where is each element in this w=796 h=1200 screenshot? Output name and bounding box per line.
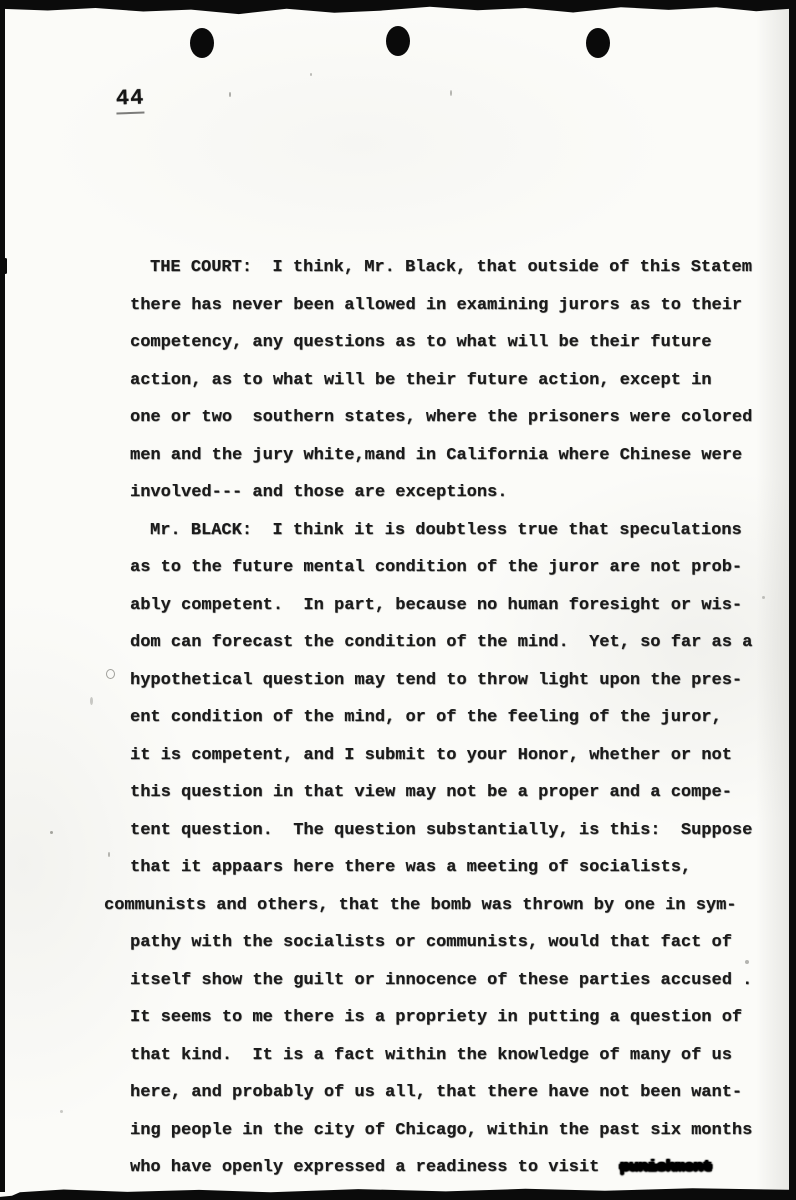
scan-speck <box>108 852 110 857</box>
scanned-transcript-page: 44 THE COURT: I think, Mr. Black, that o… <box>0 0 796 1200</box>
scan-speck <box>450 90 452 96</box>
transcript-line: who have openly expressed a readiness to… <box>130 1149 770 1187</box>
binder-hole-icon <box>386 26 410 56</box>
transcript-line: that kind. It is a fact within the knowl… <box>130 1037 770 1075</box>
scan-speck <box>106 669 115 679</box>
transcript-line: hypothetical question may tend to throw … <box>130 662 770 700</box>
scan-speck <box>229 92 231 97</box>
transcript-body: THE COURT: I think, Mr. Black, that outs… <box>130 249 770 1187</box>
transcript-line: THE COURT: I think, Mr. Black, that outs… <box>130 249 770 287</box>
transcript-line: involved--- and those are exceptions. <box>130 474 770 512</box>
transcript-line-text: who have openly expressed a readiness to… <box>130 1158 620 1177</box>
transcript-line: there has never been allowed in examinin… <box>130 287 770 325</box>
transcript-line: tent question. The question substantiall… <box>130 812 770 850</box>
transcript-line: that it appaars here there was a meeting… <box>130 849 770 887</box>
transcript-line: as to the future mental condition of the… <box>130 549 770 587</box>
transcript-line: here, and probably of us all, that there… <box>130 1074 770 1112</box>
scan-edge-artifact <box>4 258 7 274</box>
transcript-line: it is competent, and I submit to your Ho… <box>130 737 770 775</box>
transcript-line: one or two southern states, where the pr… <box>130 399 770 437</box>
scan-speck <box>60 1110 63 1113</box>
scan-edge-top <box>0 0 796 16</box>
transcript-line: dom can forecast the condition of the mi… <box>130 624 770 662</box>
binder-hole-icon <box>190 28 214 58</box>
scan-edge-right <box>789 0 796 1200</box>
transcript-line: this question in that view may not be a … <box>130 774 770 812</box>
scan-speck <box>90 697 93 705</box>
scan-speck <box>745 960 749 964</box>
transcript-line: ing people in the city of Chicago, withi… <box>130 1112 770 1150</box>
scan-edge-bottom <box>0 1186 796 1200</box>
transcript-line: It seems to me there is a propriety in p… <box>130 999 770 1037</box>
transcript-line: men and the jury white,mand in Californi… <box>130 437 770 475</box>
scan-speck <box>310 73 312 76</box>
page-number: 44 <box>116 86 145 115</box>
transcript-line: ably competent. In part, because no huma… <box>130 587 770 625</box>
binder-hole-icon <box>586 28 610 58</box>
transcript-line: communists and others, that the bomb was… <box>104 887 770 925</box>
scan-speck <box>762 596 765 599</box>
struck-out-word: punishment <box>620 1158 712 1177</box>
transcript-line: action, as to what will be their future … <box>130 362 770 400</box>
scan-edge-left <box>0 6 5 1192</box>
transcript-line: itself show the guilt or innocence of th… <box>130 962 770 1000</box>
transcript-line: ent condition of the mind, or of the fee… <box>130 699 770 737</box>
transcript-line: competency, any questions as to what wil… <box>130 324 770 362</box>
transcript-line: Mr. BLACK: I think it is doubtless true … <box>130 512 770 550</box>
scan-speck <box>50 831 53 834</box>
transcript-line: pathy with the socialists or communists,… <box>130 924 770 962</box>
